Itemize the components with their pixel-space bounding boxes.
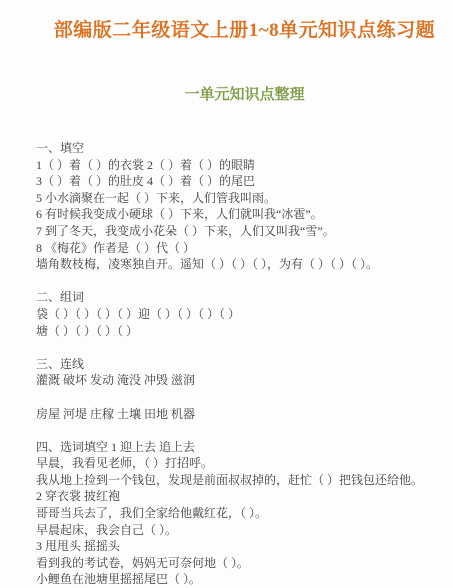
section-heading: 一、填空 [36, 140, 449, 157]
text-line: 3（ ）着（ ）的肚皮 4（ ）着（ ）的尾巴 [36, 173, 449, 190]
worksheet-page: 部编版二年级语文上册1~8单元知识点练习题 一单元知识点整理 一、填空1（ ）着… [0, 0, 453, 588]
document-title: 部编版二年级语文上册1~8单元知识点练习题 [36, 15, 453, 42]
text-line: 早晨起床，我会自己（ ）。 [36, 522, 449, 539]
spacer-line [36, 273, 449, 290]
text-line: 早晨，我看见老师，（ ）打招呼。 [36, 455, 449, 472]
text-line: 3 甩甩头 摇摇头 [36, 538, 449, 555]
text-line: 看到我的考试卷，妈妈无可奈何地（ ）。 [36, 555, 449, 572]
text-line: 5 小水滴聚在一起（ ）下来，人们管我叫雨。 [36, 190, 449, 207]
spacer-line [36, 389, 449, 406]
section-heading: 四、选词填空 1 迎上去 追上去 [36, 439, 449, 456]
section-heading: 二、组词 [36, 289, 449, 306]
text-line: 墙角数枝梅，凌寒独自开。遥知（ ）（ ）（ ），为有（ ）（ ）（ ）。 [36, 256, 449, 273]
text-line: 房屋 河堤 庄稼 土壤 田地 机器 [36, 406, 449, 423]
document-body: 一、填空1（ ）着（ ）的衣裳 2（ ）着（ ）的眼睛3（ ）着（ ）的肚皮 4… [36, 140, 449, 588]
text-line: 6 有时候我变成小硬球（ ）下来，人们就叫我“冰雹”。 [36, 206, 449, 223]
text-line: 灌溉 破坏 发动 淹没 冲毁 滋润 [36, 372, 449, 389]
text-line: 哥哥当兵去了，我们全家给他戴红花，（ ）。 [36, 505, 449, 522]
text-line: 2 穿衣裳 披红袍 [36, 488, 449, 505]
text-line: 1（ ）着（ ）的衣裳 2（ ）着（ ）的眼睛 [36, 157, 449, 174]
text-line: 塘（ ）（ ）（ ）（ ） [36, 323, 449, 340]
spacer-line [36, 422, 449, 439]
unit-subtitle: 一单元知识点整理 [36, 83, 453, 104]
text-line: 8 《梅花》作者是（ ）代（ ） [36, 240, 449, 257]
spacer-line [36, 339, 449, 356]
text-line: 7 到了冬天，我变成小花朵（ ）下来，人们又叫我“雪”。 [36, 223, 449, 240]
text-line: 我从地上捡到一个钱包，发现是前面叔叔掉的，赶忙（ ）把钱包还给他。 [36, 472, 449, 489]
text-line: 袋（ ）（ ）（ ）（ ）迎（ ）（ ）（ ）（ ） [36, 306, 449, 323]
section-heading: 三、连线 [36, 356, 449, 373]
text-line: 小鲤鱼在池塘里摇摇尾巴（ ）。 [36, 571, 449, 588]
